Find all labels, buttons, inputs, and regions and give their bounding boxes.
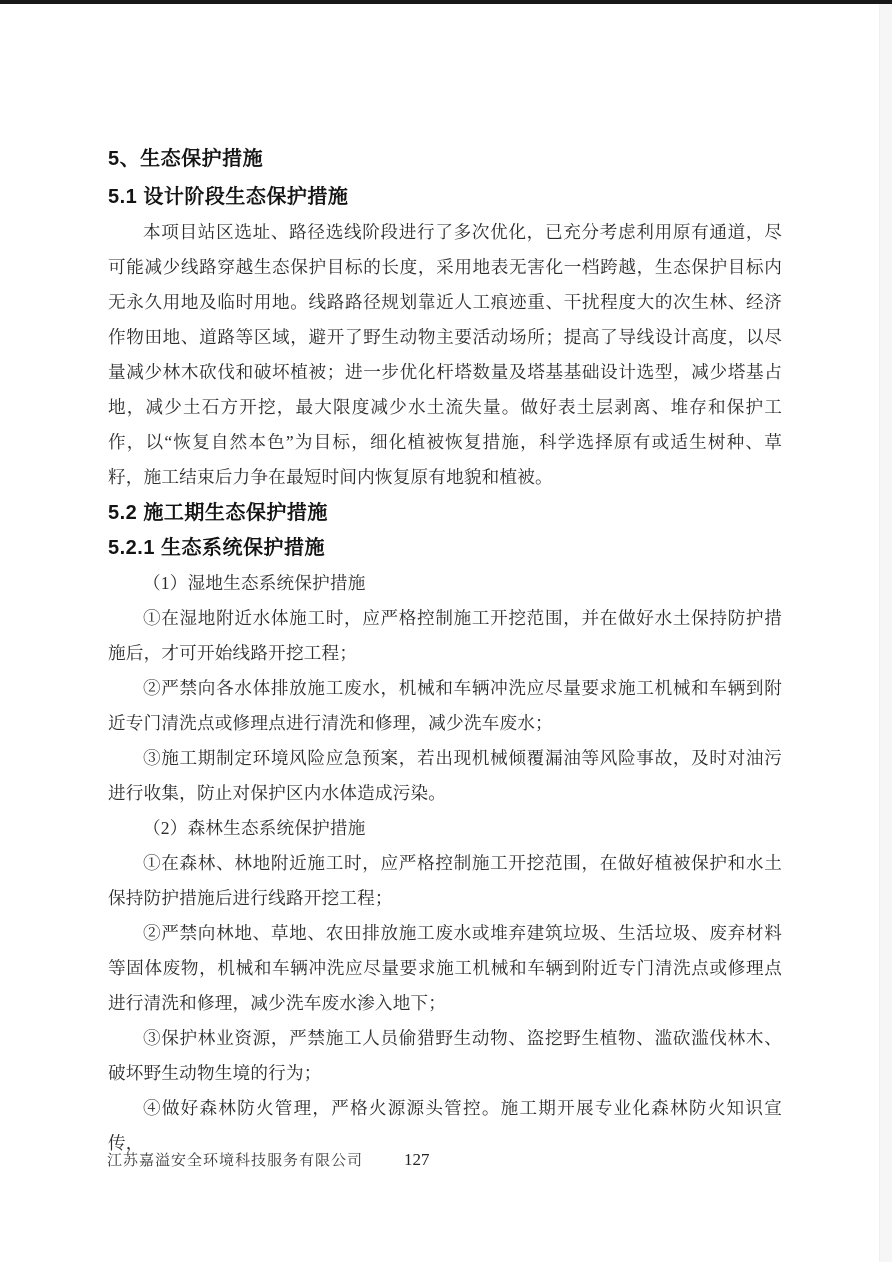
scan-edge-right-strip	[879, 4, 892, 1262]
section-heading-5-2-1: 5.2.1 生态系统保护措施	[108, 531, 782, 566]
wetland-item-1: ①在湿地附近水体施工时，应严格控制施工开挖范围，并在做好水土保持防护措施后，才可…	[108, 601, 782, 671]
forest-item-2: ②严禁向林地、草地、农田排放施工废水或堆弃建筑垃圾、生活垃圾、废弃材料等固体废物…	[108, 916, 782, 1021]
document-page: 5、生态保护措施 5.1 设计阶段生态保护措施 本项目站区选址、路径选线阶段进行…	[0, 0, 892, 1262]
forest-item-1: ①在森林、林地附近施工时，应严格控制施工开挖范围，在做好植被保护和水土保持防护措…	[108, 846, 782, 916]
scan-edge-top-bar	[0, 0, 892, 4]
forest-item-3: ③保护林业资源，严禁施工人员偷猎野生动物、盗挖野生植物、滥砍滥伐林木、破坏野生动…	[108, 1021, 782, 1091]
wetland-subsection-title: （1）湿地生态系统保护措施	[108, 566, 782, 601]
section-heading-5: 5、生态保护措施	[108, 142, 782, 177]
section-heading-5-1: 5.1 设计阶段生态保护措施	[108, 180, 782, 215]
forest-subsection-title: （2）森林生态系统保护措施	[108, 811, 782, 846]
wetland-item-3: ③施工期制定环境风险应急预案，若出现机械倾覆漏油等风险事故，及时对油污进行收集，…	[108, 741, 782, 811]
section-heading-5-2: 5.2 施工期生态保护措施	[108, 496, 782, 531]
wetland-item-2: ②严禁向各水体排放施工废水，机械和车辆冲洗应尽量要求施工机械和车辆到附近专门清洗…	[108, 671, 782, 741]
footer-page-number: 127	[404, 1148, 430, 1172]
paragraph-design-stage: 本项目站区选址、路径选线阶段进行了多次优化，已充分考虑利用原有通道，尽可能减少线…	[108, 215, 782, 495]
page-content: 5、生态保护措施 5.1 设计阶段生态保护措施 本项目站区选址、路径选线阶段进行…	[108, 142, 782, 1161]
footer-company-name: 江苏嘉溢安全环境科技服务有限公司	[107, 1150, 363, 1172]
